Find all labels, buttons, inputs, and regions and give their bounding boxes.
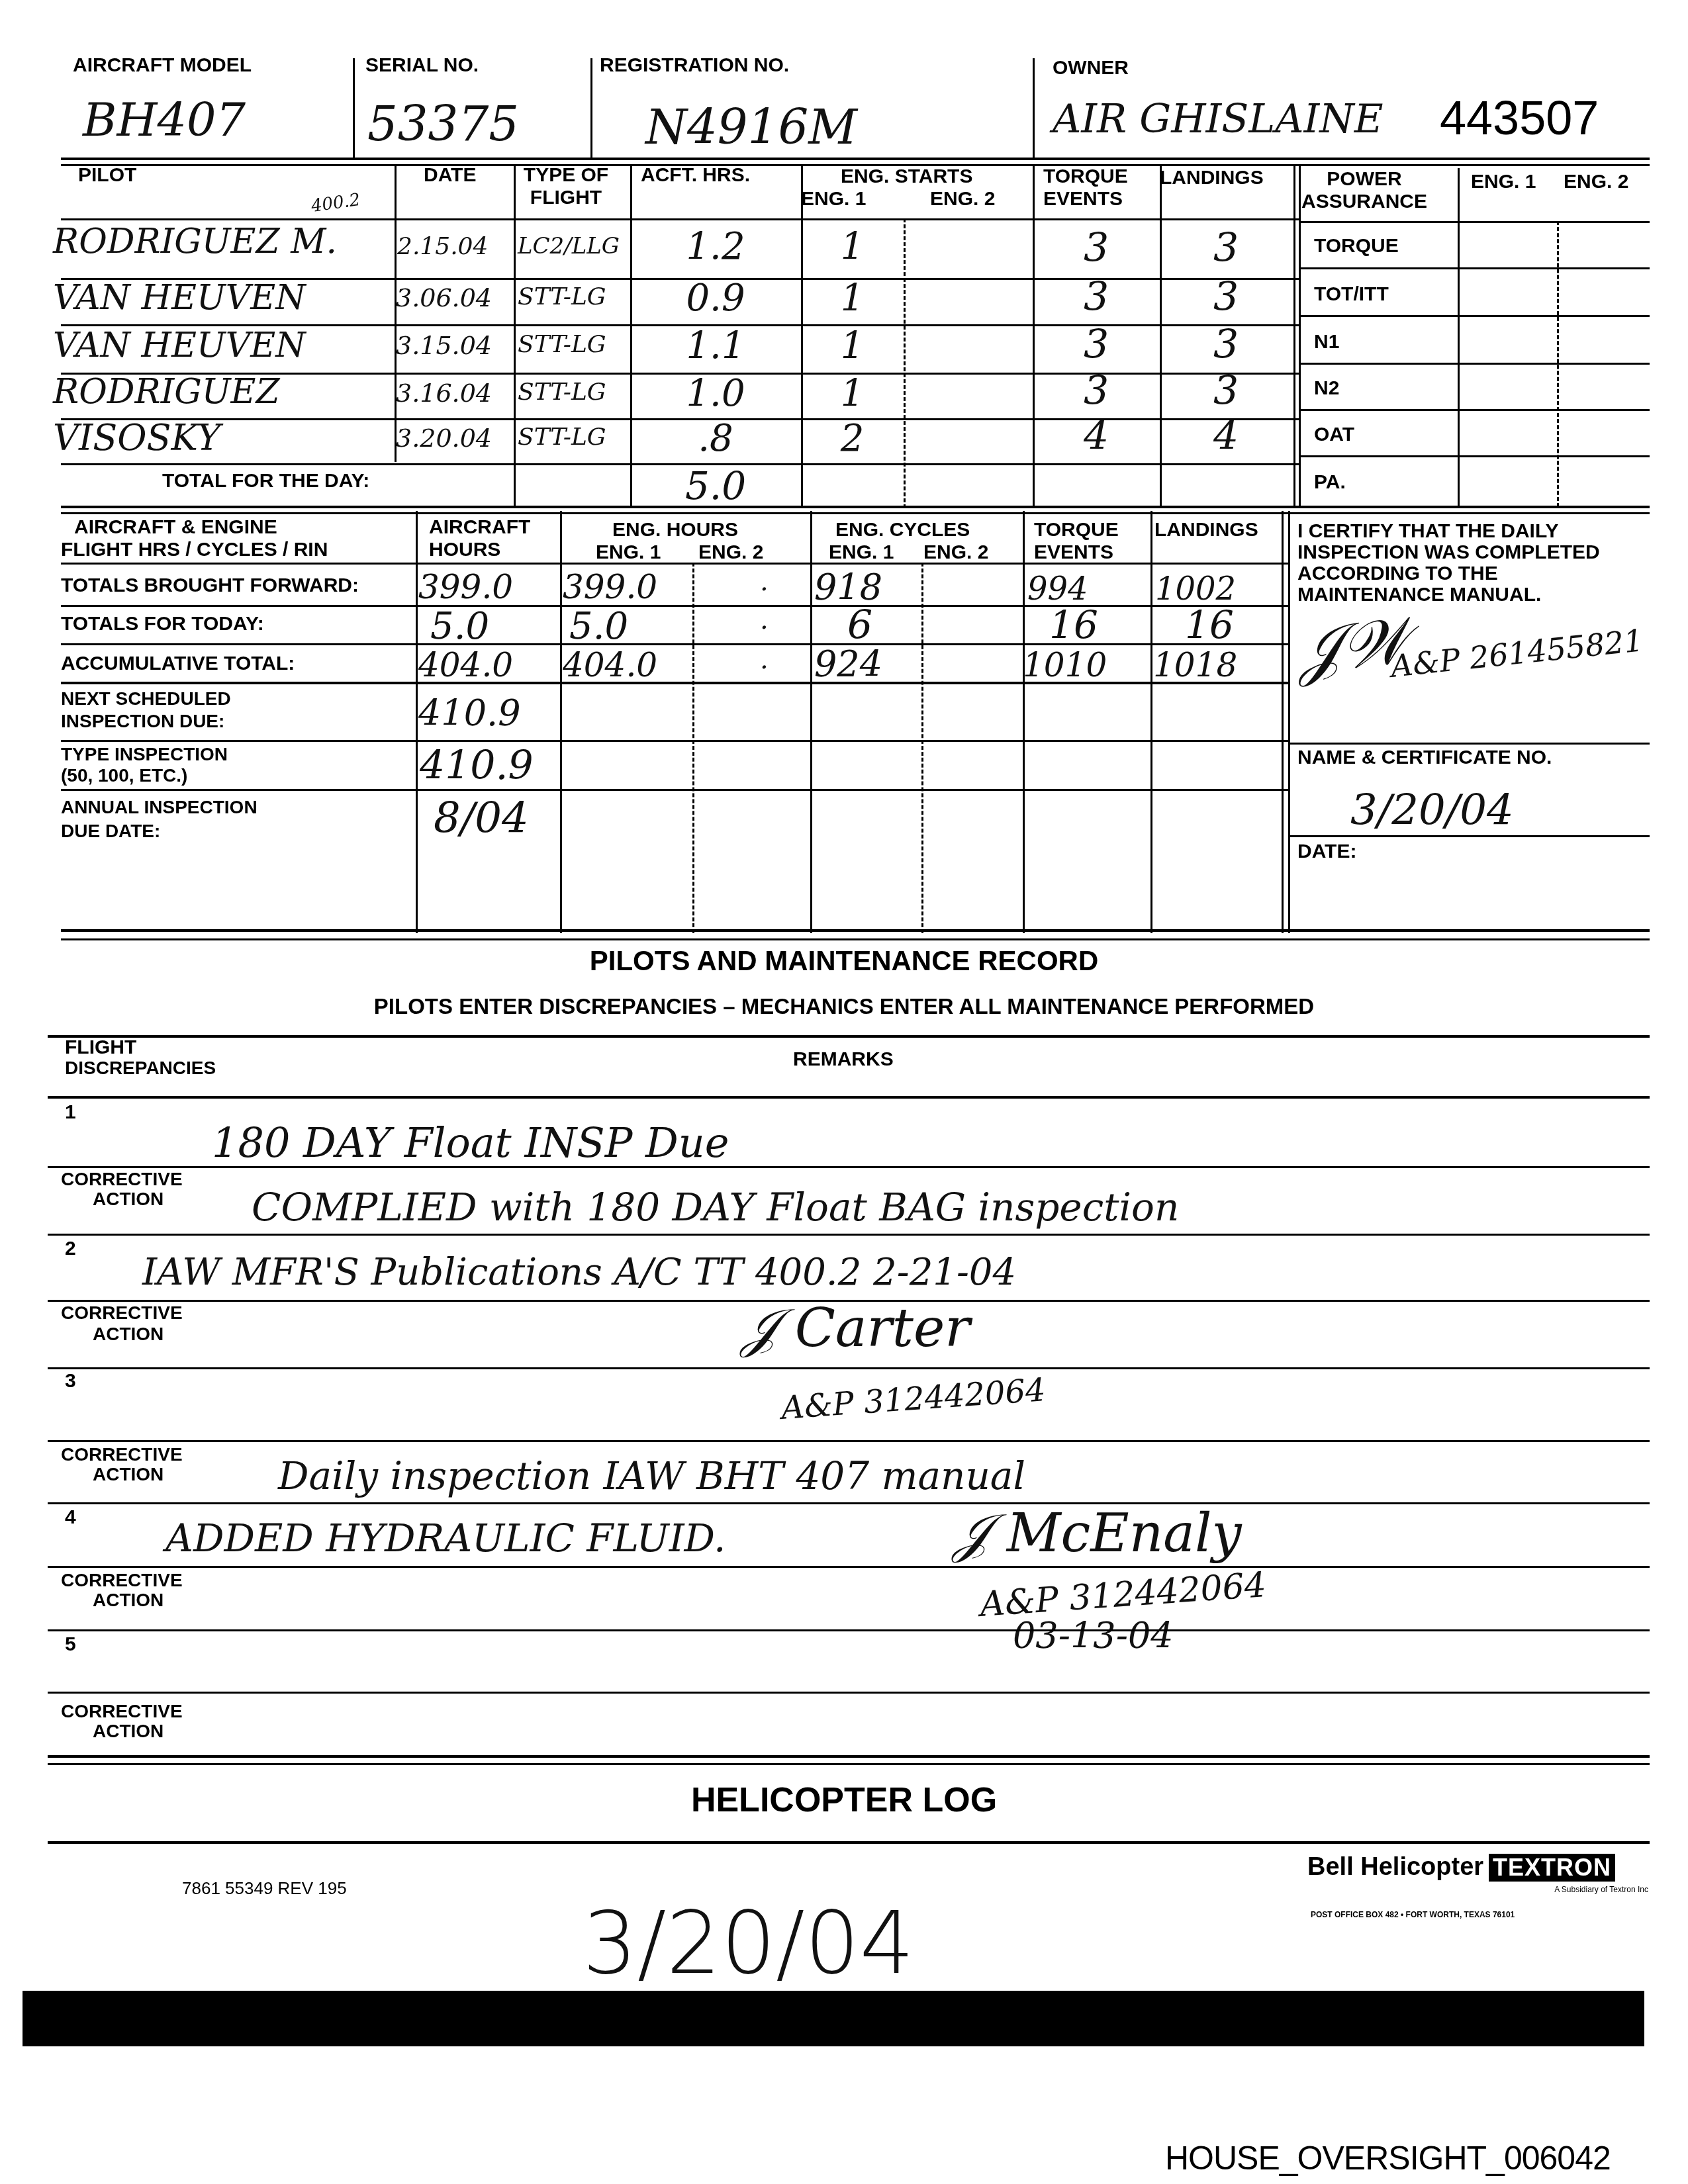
row-label-line1: ANNUAL INSPECTION [61,797,258,818]
row-label-line2: (50, 100, ETC.) [61,765,187,786]
total-acft-hrs: 5.0 [630,463,801,508]
divider [1299,315,1650,317]
divider [61,643,1288,645]
mechanic-signature: 𝒥 Carter [741,1297,970,1359]
landings-cell: 3 [1160,225,1292,271]
eng1-hours-cell: 404.0 [563,646,657,684]
totals-col-header-aircraft: AIRCRAFT [429,516,530,539]
totals-col-header-cycles-eng2: ENG. 2 [923,541,988,564]
row-label-line1: TYPE INSPECTION [61,744,228,765]
totals-col-header-torque: TORQUE [1034,519,1119,541]
totals-col-header-landings: LANDINGS [1154,519,1258,541]
date-cell: 2.15.04 [397,233,488,260]
aircraft-hours-cell: 410.9 [420,743,534,789]
divider [48,1566,1650,1568]
eng2-hours-cell: . [760,567,769,597]
torque-cell: 3 [1033,322,1160,368]
col-header-eng-starts: ENG. STARTS [841,165,972,188]
pilot-cell: RODRIGUEZ M. [53,222,337,261]
owner-label: OWNER [1053,57,1129,79]
acft-hrs-cell: 1.2 [630,225,801,268]
address-text: POST OFFICE BOX 482 • FORT WORTH, TEXAS … [1311,1910,1515,1919]
divider [416,511,418,933]
brand-name: Bell Helicopter [1307,1853,1483,1882]
type-cell: STT-LG [518,424,606,451]
divider [1033,58,1035,159]
entry-date: 03-13-04 [1013,1615,1174,1657]
col-header-acft-hrs: ACFT. HRS. [641,164,750,187]
row-label: TOTALS FOR TODAY: [61,613,264,635]
aircraft-hours-cell: 8/04 [434,794,529,843]
acft-hrs-cell: 1.1 [630,324,801,367]
divider [1288,743,1650,745]
divider [48,1629,1650,1631]
aircraft-model-value: BH407 [83,93,246,147]
pa-row-label: TOT/ITT [1314,283,1389,306]
acft-hrs-cell: .8 [630,417,801,460]
corrective-label-1: CORRECTIVE [61,1169,183,1190]
entry-number: 5 [65,1633,76,1656]
bell-textron-logo: Bell Helicopter TEXTRON [1307,1853,1615,1882]
corrective-label-2: ACTION [93,1464,164,1485]
col-header-pilot: PILOT [78,164,136,187]
acft-hrs-cell: 1.0 [630,372,801,415]
cert-line: ACCORDING TO THE [1297,563,1498,585]
eng2-hours-cell: . [760,605,769,635]
aircraft-hours-cell: 410.9 [418,692,521,734]
serial-label: SERIAL NO. [365,54,479,77]
divider [61,740,1288,742]
divider [48,1502,1650,1504]
divider [692,563,694,933]
entry-number: 1 [65,1101,76,1124]
divider [48,1035,1650,1038]
corrective-label-2: ACTION [93,1721,164,1742]
registration-value: N4916M [645,99,857,155]
pilot-cell: VAN HEUVEN [53,278,306,318]
divider [1299,221,1650,223]
corrective-label-1: CORRECTIVE [61,1701,183,1722]
torque-cell: 16 [1049,602,1098,647]
divider [61,929,1650,932]
pilot-cell: VAN HEUVEN [53,326,306,365]
totals-col-header-hours: HOURS [429,539,500,561]
scan-black-band [23,1991,1644,2046]
pa-eng1-header: ENG. 1 [1471,171,1536,193]
totals-col-header-cycles-eng1: ENG. 1 [829,541,894,564]
col-header-eng1: ENG. 1 [801,188,866,210]
bates-number: HOUSE_OVERSIGHT_006042 [1165,2139,1611,2177]
divider [1293,164,1295,508]
pa-row-label: N1 [1314,331,1339,353]
discrepancy-text: IAW MFR'S Publications A/C TT 400.2 2-21… [142,1251,1016,1294]
owner-value: AIR GHISLAINE [1053,96,1383,142]
col-header-torque-events: TORQUEEVENTS [1043,165,1143,210]
corrective-label-1: CORRECTIVE [61,1570,183,1591]
torque-cell: 1010 [1023,646,1107,684]
acft-hrs-cell: 0.9 [630,277,801,320]
totals-col-header-label-1: AIRCRAFT & ENGINE [74,516,277,539]
landings-cell: 1018 [1153,646,1237,684]
aircraft-hours-cell: 5.0 [430,605,489,648]
helicopter-log-title: HELICOPTER LOG [0,1780,1688,1820]
pilot-cell: RODRIGUEZ [53,372,280,412]
divider [560,511,562,933]
entry-number: 2 [65,1238,76,1260]
divider [1299,267,1650,269]
totals-col-header-events: EVENTS [1034,541,1113,564]
certificate-number: A&P 261455821 [1389,622,1645,684]
entry-number: 4 [65,1506,76,1529]
corrective-text: COMPLIED with 180 DAY Float BAG inspecti… [252,1185,1179,1230]
corrective-label-2: ACTION [93,1189,164,1210]
flight-discrepancies-label-1: FLIGHT [65,1036,136,1059]
divider [48,1166,1650,1168]
eng1-starts-cell: 1 [801,277,904,320]
power-assurance-title: POWER ASSURANCE [1301,168,1427,213]
aircraft-hours-cell: 404.0 [418,646,513,684]
divider [48,1234,1650,1236]
landings-cell: 16 [1185,602,1234,647]
pa-eng2-header: ENG. 2 [1564,171,1628,193]
eng1-hours-cell: 399.0 [563,568,657,606]
totals-col-header-eng-hours: ENG. HOURS [612,519,738,541]
corrective-label-2: ACTION [93,1590,164,1611]
eng1-cycles-cell: 924 [814,643,882,685]
divider [48,1096,1650,1099]
pilot-cell: VISOSKY [53,417,220,459]
type-cell: STT-LG [518,331,606,358]
divider [61,605,1288,607]
divider [48,1367,1650,1369]
divider [61,506,1650,508]
torque-cell: 4 [1033,413,1160,459]
subsidiary-text: A Subsidiary of Textron Inc [1554,1885,1648,1894]
textron-box: TEXTRON [1489,1854,1615,1882]
date-cell: 3.15.04 [396,331,492,360]
totals-col-header-eng1: ENG. 1 [596,541,661,564]
eng2-hours-cell: . [760,645,769,675]
aircraft-hours-cell: 399.0 [418,568,513,606]
divider [810,511,812,933]
landings-cell: 3 [1160,368,1292,414]
divider [1150,511,1152,933]
eng1-starts-cell: 1 [801,324,904,367]
divider [48,1763,1650,1765]
divider [48,1692,1650,1694]
total-for-day-label: TOTAL FOR THE DAY: [162,470,369,492]
aircraft-model-label: AIRCRAFT MODEL [73,54,252,77]
eng1-hours-cell: 5.0 [569,605,628,648]
divider [395,164,397,462]
totals-col-header-label-2: FLIGHT HRS / CYCLES / RIN [61,539,328,561]
totals-col-header-eng2: ENG. 2 [698,541,763,564]
record-title: PILOTS AND MAINTENANCE RECORD [0,945,1688,977]
corrective-label-1: CORRECTIVE [61,1444,183,1465]
divider [1299,409,1650,411]
record-subtitle: PILOTS ENTER DISCREPANCIES – MECHANICS E… [0,994,1688,1019]
corrective-text: Daily inspection IAW BHT 407 manual [278,1453,1025,1498]
col-header-landings: LANDINGS [1160,167,1264,189]
divider [1299,455,1650,457]
row-label-line2: INSPECTION DUE: [61,711,224,732]
pa-row-label: TORQUE [1314,235,1399,257]
type-cell: STT-LG [518,379,606,406]
cert-line: I CERTIFY THAT THE DAILY [1297,520,1558,543]
col-header-type-of-flight: TYPE OF FLIGHT [516,164,616,209]
divider [61,218,1299,220]
divider [1023,511,1025,933]
mechanic-signature: 𝒥 McEnaly [953,1502,1242,1565]
date-cell: 3.20.04 [396,424,492,453]
divider [48,1440,1650,1442]
torque-cell: 3 [1033,225,1160,271]
cert-line: MAINTENANCE MANUAL. [1297,584,1541,606]
pa-row-label: N2 [1314,377,1339,400]
pa-row-label: OAT [1314,424,1354,446]
eng1-starts-cell: 1 [801,225,904,268]
row-label: ACCUMULATIVE TOTAL: [61,653,295,675]
form-number: 7861 55349 REV 195 [182,1878,347,1899]
row-label: TOTALS BROUGHT FORWARD: [61,574,359,597]
type-cell: LC2/LLG [518,233,620,259]
divider [1282,511,1284,933]
divider [61,158,1650,160]
cert-line: INSPECTION WAS COMPLETED [1297,541,1600,564]
remarks-label: REMARKS [793,1048,894,1071]
owner-number: 443507 [1440,91,1599,146]
discrepancy-text: 180 DAY Float INSP Due [212,1118,729,1167]
divider [921,563,923,933]
mechanic-certificate: A&P 312442064 [780,1371,1047,1427]
corrective-label-1: CORRECTIVE [61,1302,183,1324]
date-cell: 3.06.04 [396,283,492,312]
pa-row-label: PA. [1314,471,1346,494]
eng1-starts-cell: 1 [801,372,904,415]
serial-value: 53375 [367,96,519,152]
landings-cell: 3 [1160,322,1292,368]
date-label: DATE: [1297,841,1356,863]
divider [61,563,1288,565]
corrective-label-2: ACTION [93,1324,164,1345]
landings-cell: 3 [1160,274,1292,320]
col-header-date: DATE [424,164,476,187]
divider [48,1841,1650,1844]
divider [61,938,1650,940]
entry-number: 3 [65,1370,76,1392]
flight-discrepancies-label-2: DISCREPANCIES [65,1058,216,1079]
divider [1288,511,1290,933]
divider [590,58,592,159]
divider [1288,835,1650,837]
discrepancy-text: ADDED HYDRAULIC FLUID. [165,1516,726,1561]
divider [514,164,516,508]
date-cell: 3.16.04 [396,379,492,408]
row-label-line1: NEXT SCHEDULED [61,688,231,709]
landings-cell: 4 [1160,413,1292,459]
divider [353,58,355,159]
registration-label: REGISTRATION NO. [600,54,789,77]
divider [1299,363,1650,365]
eng1-cycles-cell: 6 [847,602,872,649]
eng1-starts-cell: 2 [801,417,904,460]
torque-cell: 3 [1033,368,1160,414]
torque-cell: 3 [1033,274,1160,320]
annotation: 400.2 [310,190,361,216]
col-header-eng2: ENG. 2 [930,188,995,210]
divider [61,789,1288,791]
type-cell: STT-LG [518,283,606,310]
row-label-line2: DUE DATE: [61,821,160,842]
name-certificate-label: NAME & CERTIFICATE NO. [1297,747,1552,769]
divider [48,1755,1650,1758]
certification-date: 3/20/04 [1350,786,1514,835]
footer-date: 3/20/04 [583,1893,914,1993]
divider [61,512,1650,514]
totals-col-header-eng-cycles: ENG. CYCLES [835,519,970,541]
